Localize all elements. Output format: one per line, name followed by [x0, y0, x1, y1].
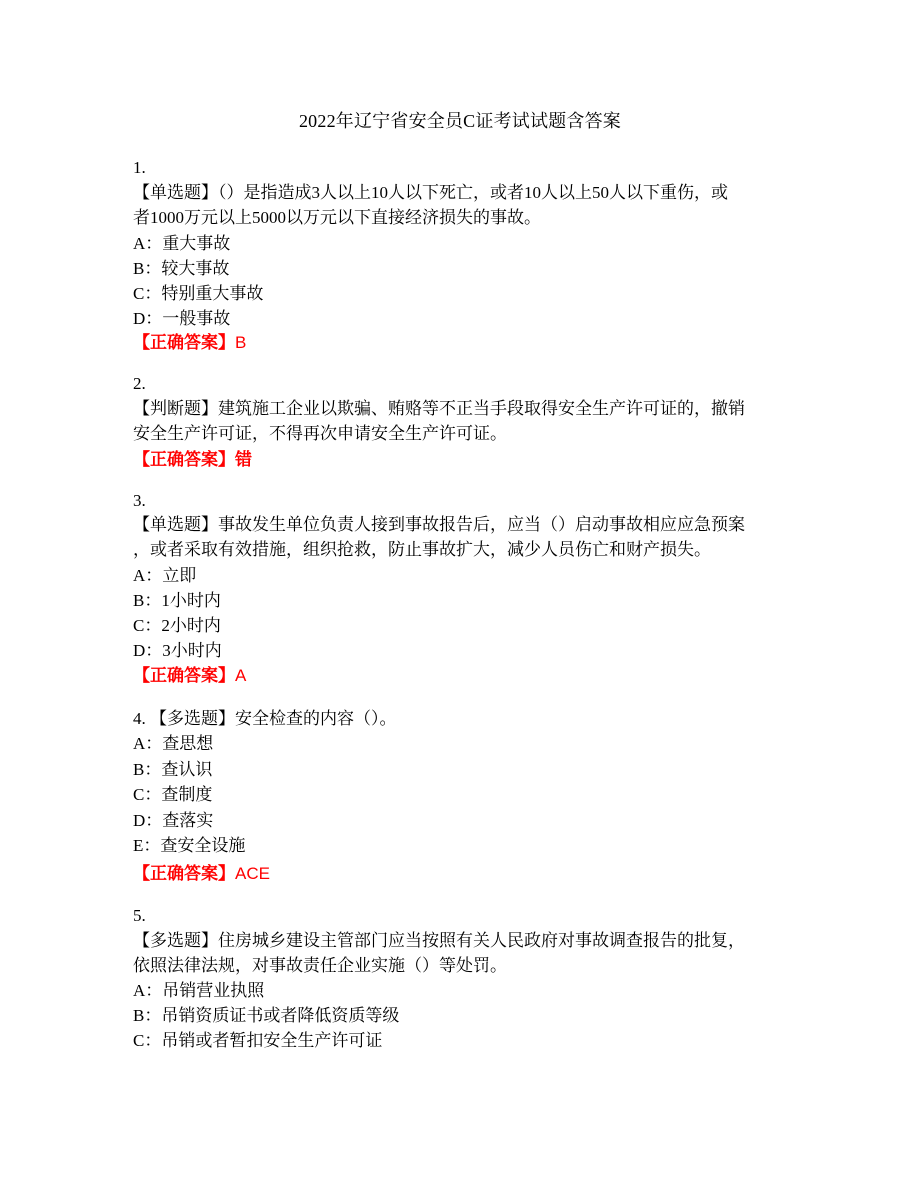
option-a: A：重大事故 [133, 231, 230, 256]
option-c: C：吊销或者暂扣安全生产许可证 [133, 1028, 382, 1053]
option-c: C：2小时内 [133, 613, 221, 638]
question-number: 1. [133, 155, 146, 180]
option-b: B：吊销资质证书或者降低资质等级 [133, 1003, 399, 1028]
option-c: C：特别重大事故 [133, 281, 263, 306]
answer-value: 错 [235, 450, 252, 469]
answer-value: ACE [235, 864, 270, 883]
option-c: C：查制度 [133, 782, 212, 807]
option-d: D：查落实 [133, 808, 213, 833]
answer-value: A [235, 666, 246, 685]
document-title: 2022年辽宁省安全员C证考试试题含答案 [0, 108, 920, 134]
question-text-line: 依照法律法规，对事故责任企业实施（）等处罚。 [133, 953, 507, 978]
question-number: 5. [133, 903, 146, 928]
option-d: D：一般事故 [133, 306, 230, 331]
question-text-line: 4. 【多选题】安全检查的内容（）。 [133, 706, 397, 731]
answer-label: 【正确答案】 [133, 450, 235, 469]
answer-value: B [235, 333, 246, 352]
answer-label: 【正确答案】 [133, 333, 235, 352]
question-number: 2. [133, 371, 146, 396]
question-text-line: 【单选题】事故发生单位负责人接到事故报告后，应当（）启动事故相应应急预案 [133, 512, 745, 537]
option-e: E：查安全设施 [133, 833, 245, 858]
option-b: B：较大事故 [133, 256, 229, 281]
option-b: B：1小时内 [133, 588, 221, 613]
correct-answer: 【正确答案】B [133, 330, 246, 355]
option-a: A：立即 [133, 563, 196, 588]
option-a: A：查思想 [133, 731, 213, 756]
question-text-line: 者1000万元以上5000以万元以下直接经济损失的事故。 [133, 205, 541, 230]
option-d: D：3小时内 [133, 638, 222, 663]
answer-label: 【正确答案】 [133, 666, 235, 685]
question-text-line: 【多选题】住房城乡建设主管部门应当按照有关人民政府对事故调查报告的批复， [133, 928, 745, 953]
option-b: B：查认识 [133, 757, 212, 782]
question-text-line: 【单选题】（）是指造成3人以上10人以下死亡，或者10人以上50人以下重伤，或 [133, 180, 728, 205]
correct-answer: 【正确答案】错 [133, 447, 252, 472]
question-text-line: 安全生产许可证，不得再次申请安全生产许可证。 [133, 421, 507, 446]
question-number: 3. [133, 488, 146, 513]
document-page: 2022年辽宁省安全员C证考试试题含答案 1. 【单选题】（）是指造成3人以上1… [0, 0, 920, 1191]
correct-answer: 【正确答案】A [133, 663, 246, 688]
option-a: A：吊销营业执照 [133, 978, 264, 1003]
answer-label: 【正确答案】 [133, 864, 235, 883]
question-text-line: ，或者采取有效措施，组织抢救，防止事故扩大，减少人员伤亡和财产损失。 [133, 537, 711, 562]
correct-answer: 【正确答案】ACE [133, 861, 270, 886]
question-text-line: 【判断题】建筑施工企业以欺骗、贿赂等不正当手段取得安全生产许可证的，撤销 [133, 396, 745, 421]
